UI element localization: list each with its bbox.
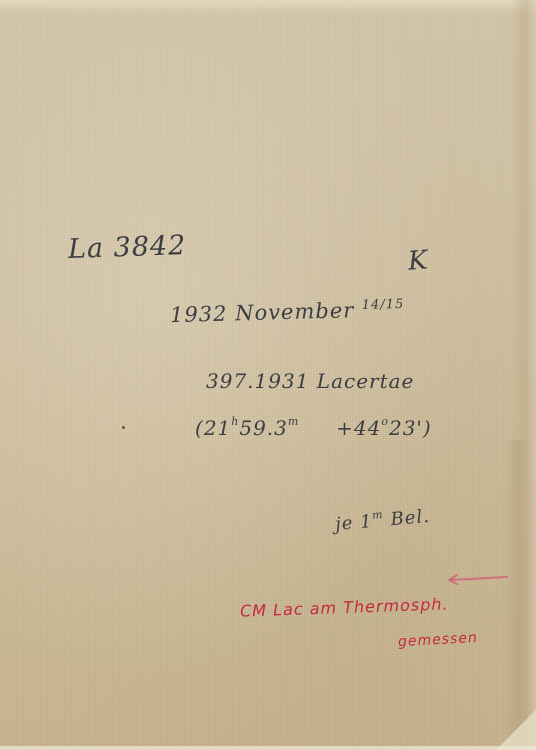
coords-open-paren: ( [195, 416, 204, 440]
coords-close-paren: ) [423, 416, 432, 440]
envelope-bottom-edge [0, 746, 536, 750]
date-nights: 14/15 [362, 297, 405, 313]
exposure-suffix: Bel. [390, 506, 431, 530]
exposure-prefix: je 1 [334, 511, 373, 535]
plate-envelope: La 3842 K 1932 November 14/15 397.1931 L… [0, 0, 536, 750]
ra-minutes: 59.3 [239, 416, 288, 440]
coordinates: (21h59.3m +44o23') [195, 415, 432, 440]
exposure-unit: m [371, 508, 384, 522]
left-arrow-icon [445, 572, 509, 586]
dec-degrees-unit: o [381, 415, 389, 428]
ra-minutes-unit: m [288, 415, 299, 428]
observation-date: 1932 November 14/15 [170, 297, 405, 327]
star-designation: 397.1931 Lacertae [206, 369, 414, 393]
exposure-note: je 1m Bel. [334, 504, 431, 535]
plate-class-letter: K [407, 245, 429, 276]
catalog-number: La 3842 [67, 230, 186, 265]
red-note-line2: gemessen [398, 630, 479, 650]
envelope-flap-seam [504, 440, 532, 740]
dec-degrees: +44 [336, 416, 381, 440]
ra-hours: 21 [204, 416, 231, 440]
date-year-month: 1932 November [170, 298, 355, 327]
dec-minutes: 23' [389, 416, 423, 440]
envelope-top-edge [0, 0, 536, 14]
ink-speck [122, 426, 125, 429]
envelope-corner-fold [496, 710, 536, 750]
red-note-line1: CM Lac am Thermosph. [240, 594, 449, 620]
